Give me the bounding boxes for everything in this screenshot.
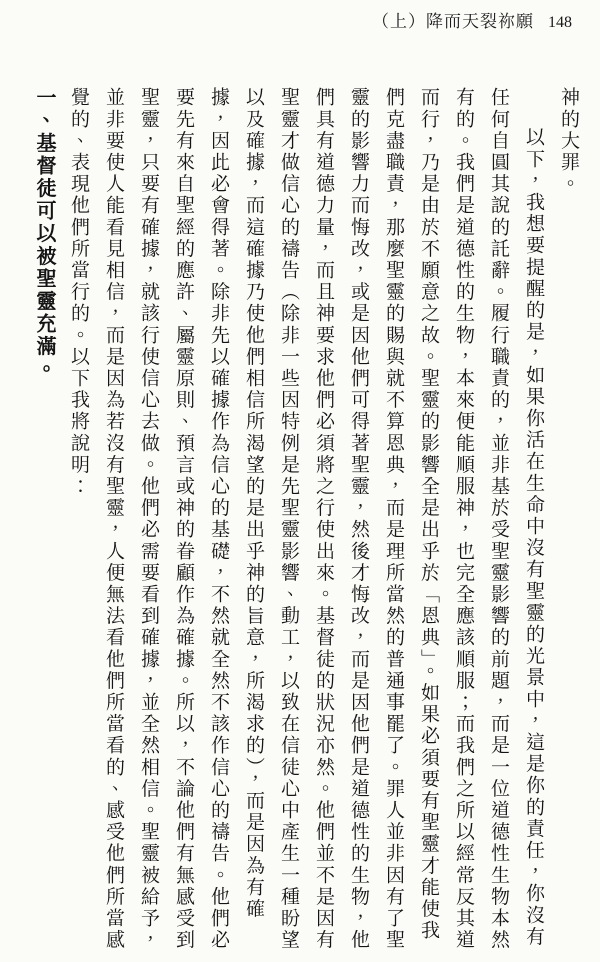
running-header: （上）降而天裂祢願 148: [372, 7, 572, 32]
text-column: 們克盡職責，那麼聖靈的賜與就不算恩典，而是理所當然的普通事罷了。罪人並非因有了聖: [376, 87, 411, 955]
text-column: 聖靈才做信心的禱告（除非一些因特例是先聖靈影響、動工，以致在信徒心中產生一種盼望: [271, 87, 306, 955]
text-columns: 神的大罪。以下，我想要提醒的是，如果你活在生命中沒有聖靈的光景中，這是你的責任，…: [26, 87, 586, 955]
book-page: { "header": { "title_display": "（上）降而天裂祢…: [0, 0, 600, 962]
text-column: 神的大罪。: [551, 87, 586, 955]
text-column: 要先有來自聖經的應許、屬靈原則、預言或神的眷顧作為確據。所以，不論他們有無感受到: [166, 87, 201, 955]
text-column: 以及確據，而這確據乃使他們相信所渴望的是出乎神的旨意，所渴求的），而是因為有確: [236, 87, 271, 955]
text-column: 覺的、表現他們所當行的。以下我將說明：: [61, 87, 96, 955]
text-column: 任何自圓其說的託辭。履行職責的，並非基於受聖靈影響的前題，而是一位道德性生物本然: [481, 87, 516, 955]
text-column: 據，因此必會得著。除非先以確據作為信心的基礎，不然就全然不該作信心的禱告。他們必: [201, 87, 236, 955]
text-column: 們具有道德力量，而且神要求他們必須將之行使出來。基督徒的狀況亦然。他們並不是因有: [306, 87, 341, 955]
book-title-header: （上）降而天裂祢願: [372, 7, 534, 32]
page-number: 148: [548, 14, 572, 32]
section-heading: 一、基督徒可以被聖靈充滿。: [26, 87, 61, 955]
text-column: 而行，乃是由於不願意之故。聖靈的影響全是出乎於「恩典」。如果必須要有聖靈才能使我: [411, 87, 446, 955]
text-column: 靈的影響力而悔改，或是因他們可得著聖靈，然後才悔改，而是因他們是道德性的生物，他: [341, 87, 376, 955]
text-column: 並非要使人能看見相信，而是因為若沒有聖靈，人便無法看他們所當看的、感受他們所當感: [96, 87, 131, 955]
text-column: 以下，我想要提醒的是，如果你活在生命中沒有聖靈的光景中，這是你的責任，你沒有: [516, 87, 551, 955]
text-column: 有的。我們是道德性的生物，本來便能順服神，也完全應該順服；而我們之所以經常反其道: [446, 87, 481, 955]
text-column: 聖靈，只要有確據，就該行使信心去做。他們必需要看到確據，並全然相信。聖靈被給予，: [131, 87, 166, 955]
